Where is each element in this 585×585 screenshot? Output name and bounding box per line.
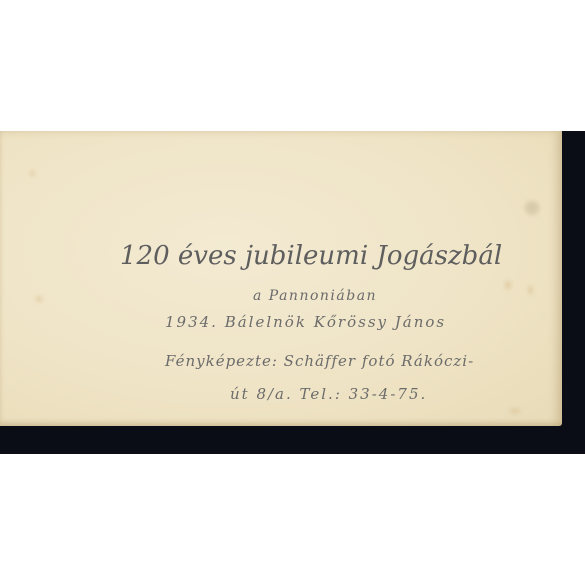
image-frame: 120 éves jubileumi Jogászbál a Pannoniáb… [0,0,585,585]
caption-address-phone: út 8/a. Tel.: 33-4-75. [230,385,427,403]
photo-card-paper [0,131,562,426]
stain-spot [525,201,539,215]
caption-year-president: 1934. Bálelnök Kőrössy János [165,313,446,331]
stain-spot [36,296,42,302]
stain-spot [30,171,35,176]
stain-spot [528,286,533,294]
stain-spot [510,409,520,413]
stain-spot [505,281,511,289]
caption-photographer: Fényképezte: Schäffer fotó Rákóczi- [165,352,474,370]
caption-venue: a Pannoniában [253,288,377,304]
caption-title: 120 éves jubileumi Jogászbál [120,241,502,271]
